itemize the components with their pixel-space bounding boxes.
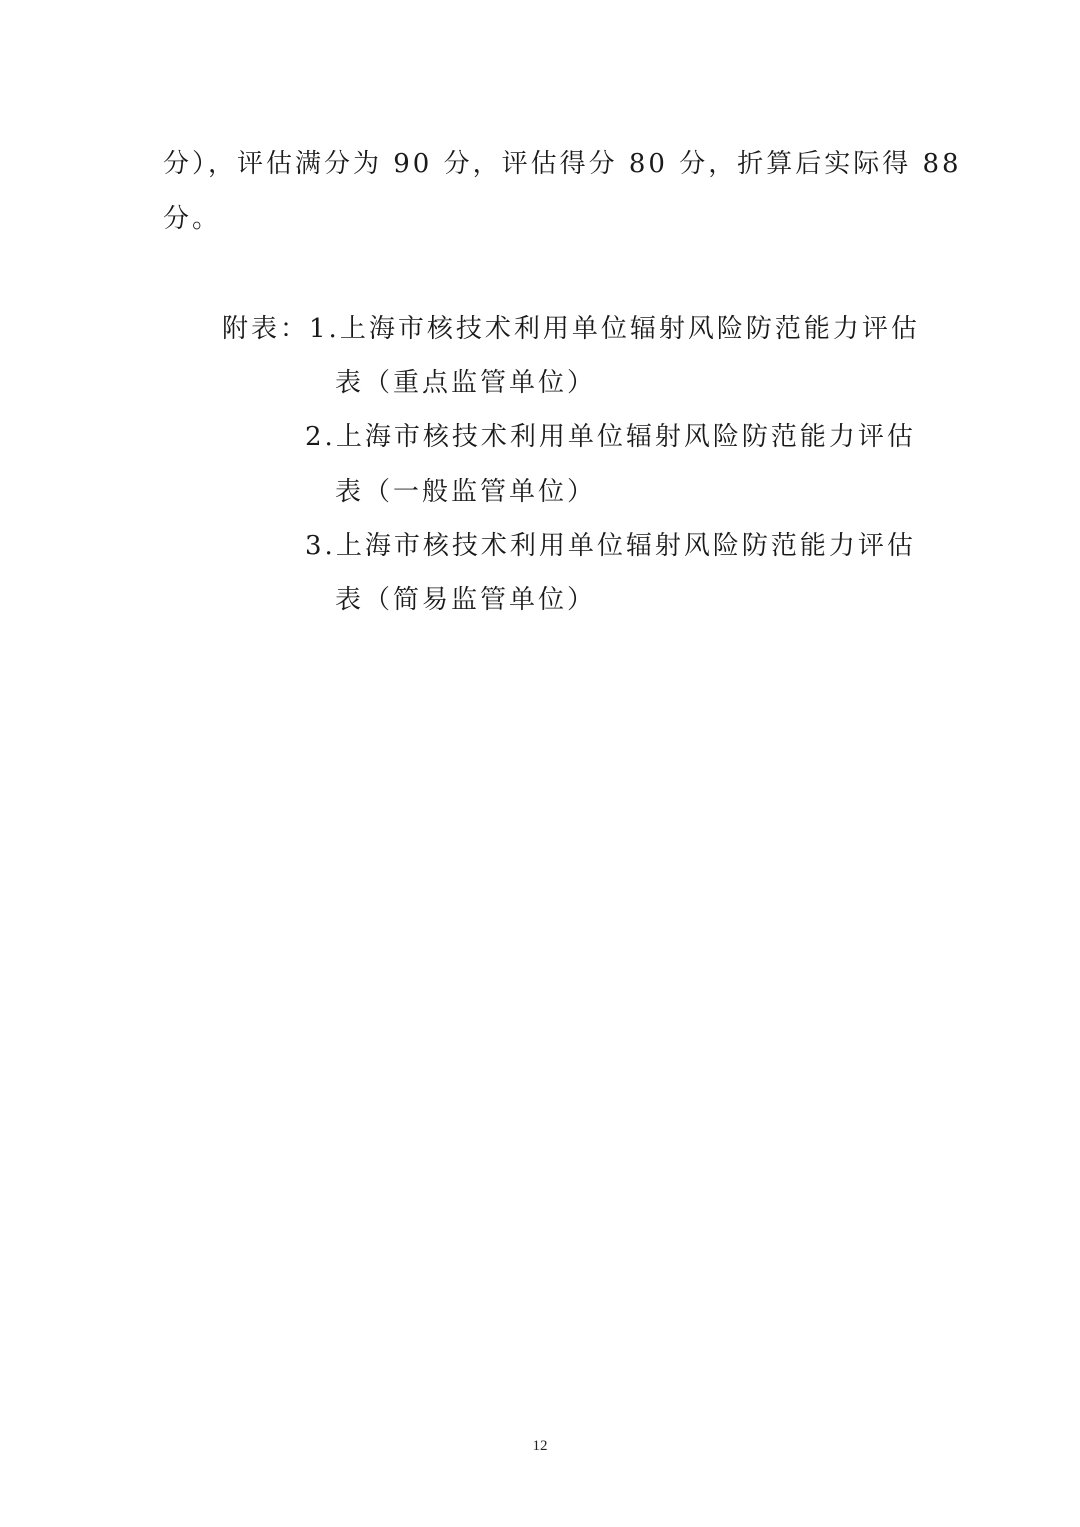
appendix-item-3-continuation: 表（简易监管单位） [335,584,596,616]
appendix-item-number: 2. [305,422,336,452]
appendix-item-3: 3.上海市核技术利用单位辐射风险防范能力评估 [305,530,916,562]
appendix-item-2-continuation: 表（一般监管单位） [335,476,596,508]
appendix-item-2: 2.上海市核技术利用单位辐射风险防范能力评估 [305,421,916,453]
appendix-item-number: 3. [305,531,336,561]
appendix-item-title: 上海市核技术利用单位辐射风险防范能力评估 [340,314,920,344]
page-number: 12 [0,1438,1080,1455]
paragraph-line-1: 分），评估满分为 90 分，评估得分 80 分，折算后实际得 88 [163,148,962,180]
paragraph-line-2: 分。 [163,203,221,235]
appendix-item-1-continuation: 表（重点监管单位） [335,367,596,399]
appendix-item-title: 上海市核技术利用单位辐射风险防范能力评估 [336,422,916,452]
appendix-item-title: 上海市核技术利用单位辐射风险防范能力评估 [336,531,916,561]
appendix-item-number: 1. [309,314,340,344]
appendix-item-1: 附表：1.上海市核技术利用单位辐射风险防范能力评估 [222,313,920,345]
appendix-label: 附表： [222,314,309,344]
